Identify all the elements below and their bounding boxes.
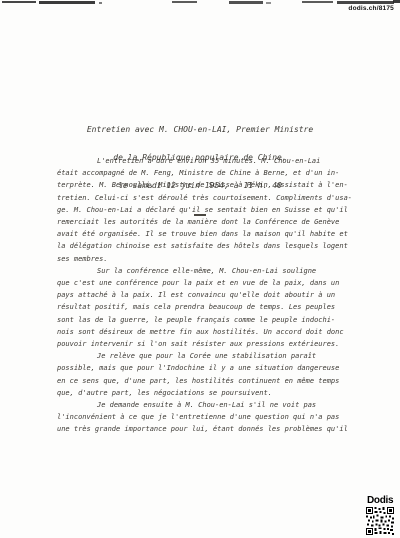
text-line: possible, mais que pour l'Indochine il y… bbox=[57, 362, 357, 374]
text-line: pouvoir intervenir si l'on sait résister… bbox=[57, 338, 357, 350]
scan-edge-artifact bbox=[337, 1, 394, 4]
scan-edge-artifact bbox=[99, 2, 102, 4]
text-line: sont las de la guerre, le peuple françai… bbox=[57, 314, 357, 326]
qr-code-icon bbox=[366, 507, 394, 535]
text-line: ses membres. bbox=[57, 253, 357, 265]
text-line: Sur la conférence elle-même, M. Chou-en-… bbox=[57, 265, 357, 277]
paragraph: L'entretien a duré environ 35 minutes. M… bbox=[57, 155, 357, 265]
text-line: la délégation chinoise est satisfaite de… bbox=[57, 240, 357, 252]
scan-edge-artifact bbox=[229, 1, 263, 4]
scan-edge-artifact bbox=[2, 1, 36, 3]
text-line: nois sont désireux de mettre fin aux hos… bbox=[57, 326, 357, 338]
scanned-document-page: dodis.ch/8175 Entretien avec M. CHOU-en-… bbox=[0, 0, 400, 538]
document-body: L'entretien a duré environ 35 minutes. M… bbox=[57, 155, 357, 436]
text-line: l'inconvénient à ce que je l'entretienne… bbox=[57, 411, 357, 423]
text-line: L'entretien a duré environ 35 minutes. M… bbox=[57, 155, 357, 167]
scan-edge-artifact bbox=[266, 2, 271, 4]
scan-edge-artifact bbox=[393, 0, 400, 3]
scan-edge-artifact bbox=[172, 1, 197, 3]
scan-edge-artifact bbox=[302, 1, 333, 3]
text-line: que, d'autre part, les négociations se p… bbox=[57, 387, 357, 399]
text-line: était accompagné de M. Feng, Ministre de… bbox=[57, 167, 357, 179]
text-line: Je demande ensuite à M. Chou-en-Lai s'il… bbox=[57, 399, 357, 411]
title-line: Entretien avec M. CHOU-en-LAI, Premier M… bbox=[0, 125, 400, 134]
text-line: remerciait les autorités de la manière d… bbox=[57, 216, 357, 228]
scan-edge-artifact bbox=[39, 1, 95, 4]
paragraph: Je demande ensuite à M. Chou-en-Lai s'il… bbox=[57, 399, 357, 436]
text-line: ge. M. Chou-en-Lai a déclaré qu'il se se… bbox=[57, 204, 357, 216]
dodis-logo: Dodis bbox=[366, 495, 396, 535]
text-line: résultat positif, mais cela prendra beau… bbox=[57, 301, 357, 313]
text-line: pays attaché à la paix. Il est convaincu… bbox=[57, 289, 357, 301]
text-line: terprète. M. Bernoulli, Ministre de Suis… bbox=[57, 179, 357, 191]
text-line: que c'est une conférence pour la paix et… bbox=[57, 277, 357, 289]
paragraph: Je relève que pour la Corée une stabilis… bbox=[57, 350, 357, 399]
dodis-wordmark: Dodis bbox=[367, 495, 396, 506]
text-line: en ce sens que, d'une part, les hostilit… bbox=[57, 375, 357, 387]
text-line: Je relève que pour la Corée une stabilis… bbox=[57, 350, 357, 362]
dodis-reference: dodis.ch/8175 bbox=[348, 5, 394, 12]
text-line: avait été organisée. Il se trouve bien d… bbox=[57, 228, 357, 240]
text-line: tretien. Celui-ci s'est déroulé très cou… bbox=[57, 192, 357, 204]
text-line: une très grande importance pour lui, éta… bbox=[57, 423, 357, 435]
paragraph: Sur la conférence elle-même, M. Chou-en-… bbox=[57, 265, 357, 350]
